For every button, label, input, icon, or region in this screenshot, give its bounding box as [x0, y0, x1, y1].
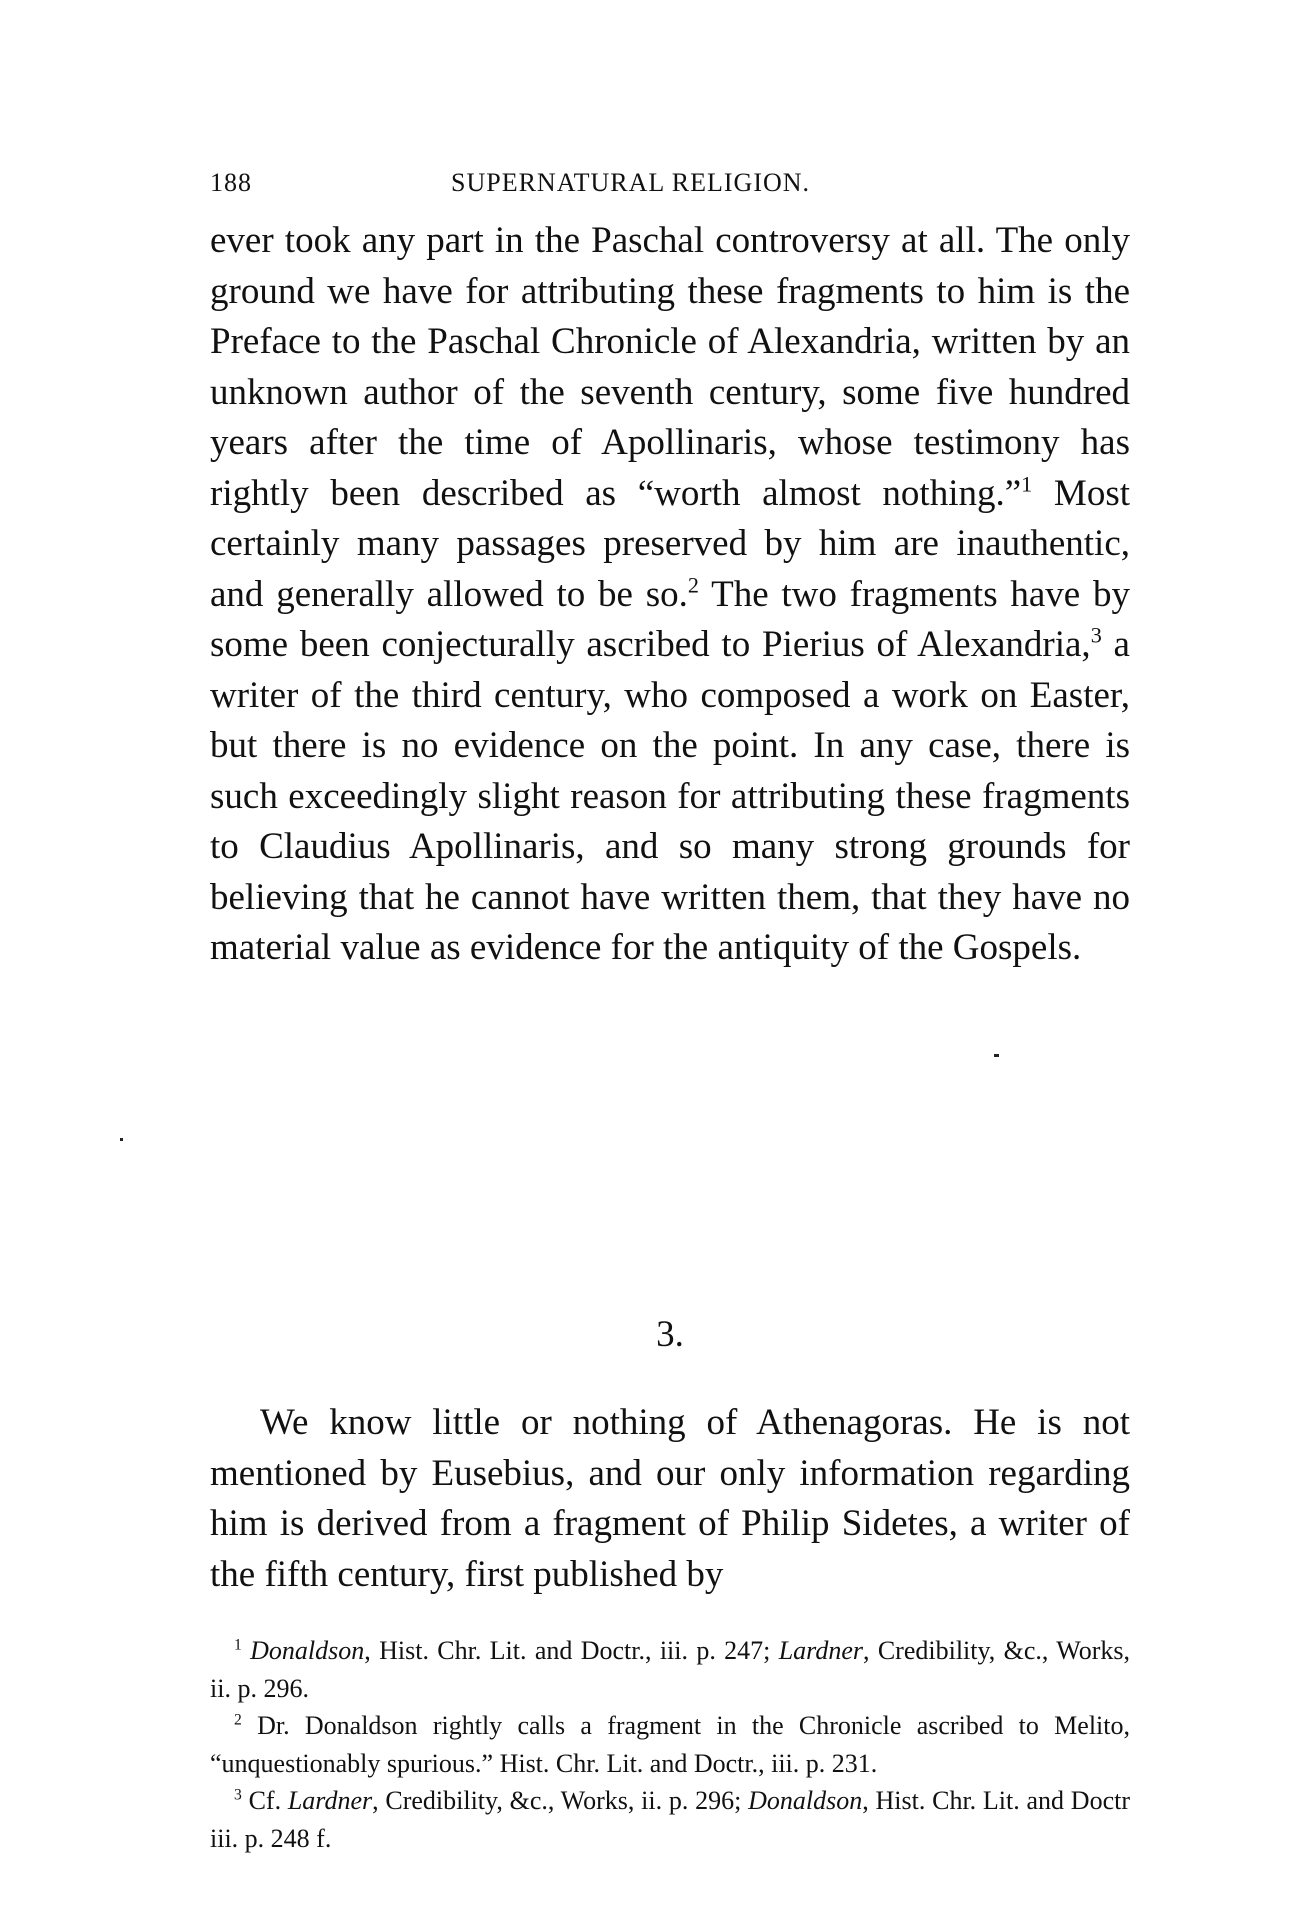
footnote-1: 1 Donaldson, Hist. Chr. Lit. and Doctr.,…: [210, 1632, 1130, 1707]
author-name: Donaldson: [250, 1636, 364, 1665]
footnote-3: 3 Cf. Lardner, Credibility, &c., Works, …: [210, 1782, 1130, 1857]
footnote-ref-1: 1: [1021, 471, 1032, 496]
author-name: Donaldson: [748, 1786, 862, 1815]
footnote-mark: 3: [234, 1786, 242, 1803]
page-number: 188: [210, 168, 252, 198]
book-page: 188 SUPERNATURAL RELIGION. ever took any…: [210, 0, 1130, 1925]
footnote-ref-3: 3: [1091, 623, 1102, 648]
text-run: Cf.: [249, 1786, 288, 1815]
text-run: ever took any part in the Paschal contro…: [210, 220, 1130, 514]
text-run: a writer of the third century, who compo…: [210, 624, 1130, 968]
scan-speck: [120, 1138, 123, 1141]
author-name: Lardner: [288, 1786, 372, 1815]
text-run: , Credibility, &c., Works, ii. p. 296;: [372, 1786, 748, 1815]
text-run: Dr. Donaldson rightly calls a fragment i…: [210, 1711, 1130, 1778]
text-run: , Hist. Chr. Lit. and Doctr., iii. p. 24…: [364, 1636, 778, 1665]
footnote-mark: 2: [234, 1711, 242, 1728]
body-paragraph-2: We know little or nothing of Athenagoras…: [210, 1398, 1130, 1600]
paragraph: ever took any part in the Paschal contro…: [210, 216, 1130, 974]
footnotes: 1 Donaldson, Hist. Chr. Lit. and Doctr.,…: [210, 1632, 1130, 1857]
footnote-mark: 1: [234, 1636, 242, 1653]
section-number: 3.: [210, 1313, 1130, 1356]
body-paragraph-1: ever took any part in the Paschal contro…: [210, 216, 1130, 974]
running-title: SUPERNATURAL RELIGION.: [451, 168, 810, 198]
paragraph: We know little or nothing of Athenagoras…: [210, 1398, 1130, 1600]
scan-speck: [994, 1054, 999, 1057]
author-name: Lardner: [779, 1636, 863, 1665]
footnote-ref-2: 2: [688, 572, 699, 597]
footnote-2: 2 Dr. Donaldson rightly calls a fragment…: [210, 1707, 1130, 1782]
